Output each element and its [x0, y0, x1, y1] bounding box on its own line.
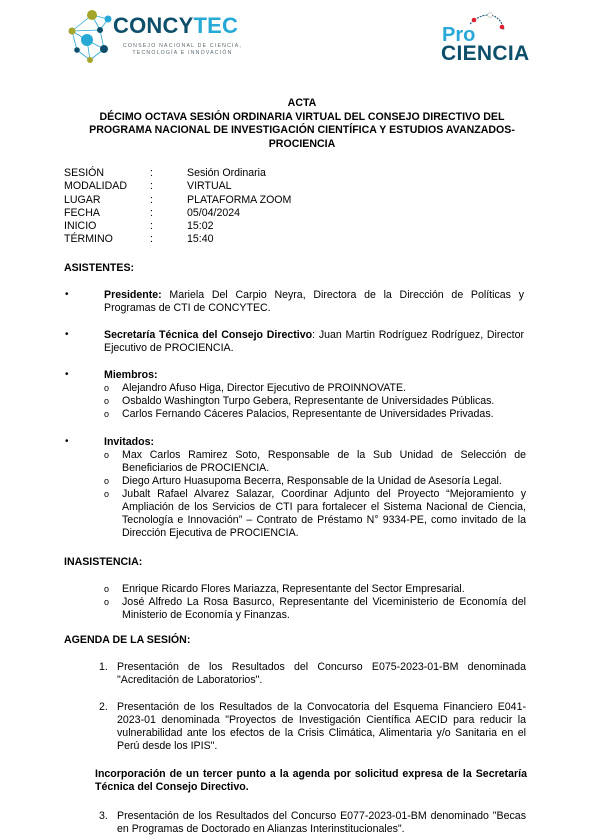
- meta-sep: :: [150, 180, 187, 193]
- list-item: oJosé Alfredo La Rosa Basurco, Represent…: [104, 596, 526, 622]
- meta-sep: :: [150, 194, 187, 207]
- meta-value: 15:02: [187, 220, 214, 233]
- miembros-list: oAlejandro Afuso Higa, Director Ejecutiv…: [104, 382, 526, 421]
- circle-bullet-icon: o: [104, 382, 109, 395]
- agenda-item: 2. Presentación de los Resultados de la …: [99, 701, 526, 753]
- agenda-text: Presentación de los Resultados del Concu…: [117, 661, 526, 687]
- meta-row-modalidad: MODALIDAD:VIRTUAL: [64, 180, 291, 193]
- miembros-heading: Miembros:: [104, 369, 158, 381]
- list-item: oDiego Arturo Huasupoma Becerra, Respons…: [104, 475, 526, 488]
- meta-value: VIRTUAL: [187, 180, 232, 193]
- subtitle-line: CONSEJO NACIONAL DE CIENCIA,: [120, 43, 245, 50]
- bullet-icon: •: [65, 329, 69, 340]
- meta-sep: :: [150, 207, 187, 220]
- invitados-label: Invitados:: [104, 436, 524, 449]
- bullet-icon: •: [65, 289, 69, 300]
- meta-key: LUGAR: [64, 194, 150, 207]
- invitados-list: oMax Carlos Ramirez Soto, Responsable de…: [104, 449, 526, 540]
- circle-bullet-icon: o: [104, 395, 109, 408]
- meta-row-fecha: FECHA:05/04/2024: [64, 207, 291, 220]
- bullet-icon: •: [65, 436, 69, 447]
- agenda-item: 3. Presentación de los Resultados del Co…: [99, 810, 526, 836]
- list-item: oMax Carlos Ramirez Soto, Responsable de…: [104, 449, 526, 475]
- agenda-number: 1.: [99, 661, 108, 674]
- meta-row-sesion: SESIÓN:Sesión Ordinaria: [64, 167, 291, 180]
- network-nodes-icon: [62, 6, 114, 68]
- document-title: ACTA DÉCIMO OCTAVA SESIÓN ORDINARIA VIRT…: [60, 97, 544, 151]
- inasistencia-list: oEnrique Ricardo Flores Mariazza, Repres…: [104, 583, 526, 622]
- presidente-label: Presidente:: [104, 289, 162, 301]
- member-text: Carlos Fernando Cáceres Palacios, Repres…: [122, 408, 494, 420]
- concytec-subtitle: CONSEJO NACIONAL DE CIENCIA, TECNOLOGÍA …: [120, 43, 245, 57]
- meta-row-lugar: LUGAR:PLATAFORMA ZOOM: [64, 194, 291, 207]
- wordmark-part-light: TEC: [193, 13, 238, 38]
- absentee-text: Enrique Ricardo Flores Mariazza, Represe…: [122, 583, 465, 595]
- meta-sep: :: [150, 167, 187, 180]
- bullet-icon: •: [65, 369, 69, 380]
- meta-key: TÉRMINO: [64, 233, 150, 246]
- guest-text: Max Carlos Ramirez Soto, Responsable de …: [122, 449, 526, 474]
- agenda-number: 2.: [99, 701, 108, 714]
- list-item: oJubalt Rafael Alvarez Salazar, Coordina…: [104, 488, 526, 540]
- meta-sep: :: [150, 233, 187, 246]
- guest-text: Jubalt Rafael Alvarez Salazar, Coordinar…: [122, 488, 526, 539]
- acta-heading: ACTA: [60, 97, 544, 111]
- circle-bullet-icon: o: [104, 583, 109, 596]
- concytec-wordmark: CONCYTEC: [113, 15, 238, 37]
- absentee-text: José Alfredo La Rosa Basurco, Representa…: [122, 596, 526, 621]
- session-metadata: SESIÓN:Sesión Ordinaria MODALIDAD:VIRTUA…: [64, 167, 291, 247]
- title-line: PROGRAMA NACIONAL DE INVESTIGACIÓN CIENT…: [60, 124, 544, 138]
- guest-text: Diego Arturo Huasupoma Becerra, Responsa…: [122, 475, 502, 487]
- list-item: oEnrique Ricardo Flores Mariazza, Repres…: [104, 583, 526, 596]
- inasistencia-heading: INASISTENCIA:: [64, 556, 142, 568]
- meta-value: PLATAFORMA ZOOM: [187, 194, 291, 207]
- circle-bullet-icon: o: [104, 596, 109, 609]
- list-item: oOsbaldo Washington Turpo Gebera, Repres…: [104, 395, 526, 408]
- meta-row-termino: TÉRMINO:15:40: [64, 233, 291, 246]
- asistentes-heading: ASISTENTES:: [64, 262, 134, 274]
- title-line: DÉCIMO OCTAVA SESIÓN ORDINARIA VIRTUAL D…: [60, 111, 544, 125]
- wordmark-part-dark: CONCY: [113, 13, 193, 38]
- meta-value: Sesión Ordinaria: [187, 167, 266, 180]
- agenda-text: Presentación de los Resultados del Concu…: [117, 810, 526, 836]
- secretaria-label: Secretaría Técnica del Consejo Directivo: [104, 329, 312, 341]
- secretaria-entry: Secretaría Técnica del Consejo Directivo…: [104, 329, 524, 355]
- meta-row-inicio: INICIO:15:02: [64, 220, 291, 233]
- list-item: oAlejandro Afuso Higa, Director Ejecutiv…: [104, 382, 526, 395]
- meta-sep: :: [150, 220, 187, 233]
- miembros-label: Miembros:: [104, 369, 524, 382]
- incorporation-note: Incorporación de un tercer punto a la ag…: [95, 768, 527, 794]
- concytec-logo: CONCYTEC CONSEJO NACIONAL DE CIENCIA, TE…: [62, 6, 252, 68]
- title-line: PROCIENCIA: [60, 138, 544, 152]
- member-text: Alejandro Afuso Higa, Director Ejecutivo…: [122, 382, 406, 394]
- prociencia-logo: Pro CIENCIA: [440, 12, 560, 70]
- presidente-entry: Presidente: Mariela Del Carpio Neyra, Di…: [104, 289, 524, 315]
- meta-key: INICIO: [64, 220, 150, 233]
- meta-value: 05/04/2024: [187, 207, 240, 220]
- agenda-item: 1. Presentación de los Resultados del Co…: [99, 661, 526, 687]
- presidente-text: Mariela Del Carpio Neyra, Directora de l…: [104, 289, 524, 314]
- circle-bullet-icon: o: [104, 488, 109, 501]
- ciencia-wordmark: CIENCIA: [441, 43, 529, 64]
- agenda-heading: AGENDA DE LA SESIÓN:: [64, 634, 190, 646]
- meta-key: MODALIDAD: [64, 180, 150, 193]
- meta-key: FECHA: [64, 207, 150, 220]
- agenda-text: Presentación de los Resultados de la Con…: [117, 701, 526, 753]
- member-text: Osbaldo Washington Turpo Gebera, Represe…: [122, 395, 494, 407]
- meta-value: 15:40: [187, 233, 214, 246]
- circle-bullet-icon: o: [104, 449, 109, 462]
- list-item: oCarlos Fernando Cáceres Palacios, Repre…: [104, 408, 526, 421]
- circle-bullet-icon: o: [104, 408, 109, 421]
- meta-key: SESIÓN: [64, 167, 150, 180]
- subtitle-line: TECNOLOGÍA E INNOVACIÓN: [120, 50, 245, 57]
- invitados-heading: Invitados:: [104, 436, 154, 448]
- agenda-number: 3.: [99, 810, 108, 823]
- circle-bullet-icon: o: [104, 475, 109, 488]
